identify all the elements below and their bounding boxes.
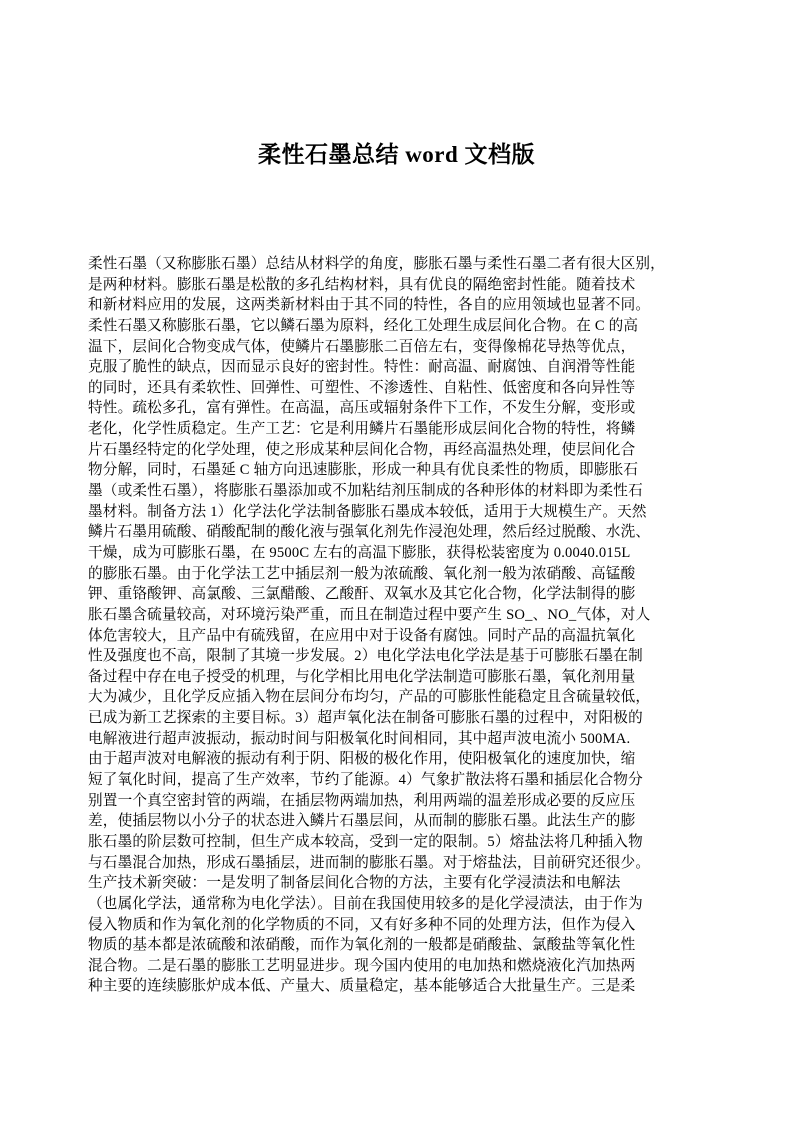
- body-line: 性及强度也不高，限制了其境一步发展。2）电化学法电化学法是基于可膨胀石墨在制: [88, 646, 714, 667]
- body-line: （也属化学法，通常称为电化学法）。目前在我国使用较多的是化学浸渍法，由于作为: [88, 894, 714, 915]
- body-line: 种主要的连续膨胀炉成本低、产量大、质量稳定，基本能够适合大批量生产。三是柔: [88, 976, 714, 997]
- body-line: 墨材料。制备方法 1）化学法化学法制备膨胀石墨成本较低，适用于大规模生产。天然: [88, 502, 714, 523]
- body-line: 混合物。二是石墨的膨胀工艺明显进步。现今国内使用的电加热和燃烧液化汽加热两: [88, 956, 714, 977]
- document-title: 柔性石墨总结 word 文档版: [0, 136, 793, 169]
- body-line: 生产技术新突破：一是发明了制备层间化合物的方法，主要有化学浸渍法和电解法: [88, 873, 714, 894]
- body-line: 的同时，还具有柔软性、回弹性、可塑性、不渗透性、自粘性、低密度和各向异性等: [88, 378, 714, 399]
- body-line: 柔性石墨（又称膨胀石墨）总结从材料学的角度，膨胀石墨与柔性石墨二者有很大区别，: [88, 254, 714, 275]
- body-line: 柔性石墨又称膨胀石墨，它以鳞石墨为原料，经化工处理生成层间化合物。在 C 的高: [88, 316, 714, 337]
- body-line: 和新材料应用的发展，这两类新材料由于其不同的特性，各自的应用领域也显著不同。: [88, 295, 714, 316]
- body-line: 差，使插层物以小分子的状态进入鳞片石墨层间，从而制的膨胀石墨。此法生产的膨: [88, 811, 714, 832]
- document-page: 柔性石墨总结 word 文档版 柔性石墨（又称膨胀石墨）总结从材料学的角度，膨胀…: [0, 0, 793, 1122]
- body-line: 温下，层间化合物变成气体，使鳞片石墨膨胀二百倍左右，变得像棉花导热等优点，: [88, 337, 714, 358]
- body-line: 胀石墨的阶层数可控制，但生产成本较高，受到一定的限制。5）熔盐法将几种插入物: [88, 832, 714, 853]
- body-line: 备过程中存在电子授受的机理，与化学相比用电化学法制造可膨胀石墨，氧化剂用量: [88, 667, 714, 688]
- body-line: 由于超声波对电解液的振动有利于阴、阳极的极化作用，使阳极氧化的速度加快，缩: [88, 749, 714, 770]
- body-line: 特性。疏松多孔，富有弹性。在高温，高压或辐射条件下工作，不发生分解，变形或: [88, 398, 714, 419]
- body-line: 老化，化学性质稳定。生产工艺：它是利用鳞片石墨能形成层间化合物的特性，将鳞: [88, 419, 714, 440]
- body-line: 体危害较大，且产品中有硫残留，在应用中对于设备有腐蚀。同时产品的高温抗氧化: [88, 626, 714, 647]
- body-line: 大为减少，且化学反应插入物在层间分布均匀，产品的可膨胀性能稳定且含硫量较低，: [88, 687, 714, 708]
- body-line: 与石墨混合加热，形成石墨插层，进而制的膨胀石墨。对于熔盐法，目前研究还很少。: [88, 853, 714, 874]
- body-line: 是两种材料。膨胀石墨是松散的多孔结构材料，具有优良的隔绝密封性能。随着技术: [88, 275, 714, 296]
- body-line: 克服了脆性的缺点，因而显示良好的密封性。特性：耐高温、耐腐蚀、自润滑等性能: [88, 357, 714, 378]
- body-line: 干燥，成为可膨胀石墨，在 9500C 左右的高温下膨胀，获得松装密度为 0.00…: [88, 543, 714, 564]
- body-line: 片石墨经特定的化学处理，使之形成某种层间化合物，再经高温热处理，使层间化合: [88, 440, 714, 461]
- body-line: 钾、重铬酸钾、高氯酸、三氯醋酸、乙酸酐、双氧水及其它化合物，化学法制得的膨: [88, 584, 714, 605]
- body-line: 物质的基本都是浓硫酸和浓硝酸，而作为氧化剂的一般都是硝酸盐、氯酸盐等氧化性: [88, 935, 714, 956]
- body-line: 物分解，同时，石墨延 C 轴方向迅速膨胀，形成一种具有优良柔性的物质，即膨胀石: [88, 460, 714, 481]
- body-line: 的膨胀石墨。由于化学法工艺中插层剂一般为浓硫酸、氧化剂一般为浓硝酸、高锰酸: [88, 564, 714, 585]
- body-line: 已成为新工艺探索的主要目标。3）超声氧化法在制备可膨胀石墨的过程中，对阳极的: [88, 708, 714, 729]
- body-line: 电解液进行超声波振动，振动时间与阳极氧化时间相同，其中超声波电流小 500MA.: [88, 729, 714, 750]
- document-body: 柔性石墨（又称膨胀石墨）总结从材料学的角度，膨胀石墨与柔性石墨二者有很大区别，是…: [88, 254, 714, 997]
- body-line: 侵入物质和作为氧化剂的化学物质的不同，又有好多种不同的处理方法，但作为侵入: [88, 915, 714, 936]
- body-line: 胀石墨含硫量较高，对环境污染严重，而且在制造过程中要产生 SO_、NO_气体，对…: [88, 605, 714, 626]
- body-line: 墨（或柔性石墨），将膨胀石墨添加或不加粘结剂压制成的各种形体的材料即为柔性石: [88, 481, 714, 502]
- body-line: 短了氧化时间，提高了生产效率，节约了能源。4）气象扩散法将石墨和插层化合物分: [88, 770, 714, 791]
- body-line: 别置一个真空密封管的两端，在插层物两端加热，利用两端的温差形成必要的反应压: [88, 791, 714, 812]
- body-line: 鳞片石墨用硫酸、硝酸配制的酸化液与强氧化剂先作浸泡处理，然后经过脱酸、水洗、: [88, 522, 714, 543]
